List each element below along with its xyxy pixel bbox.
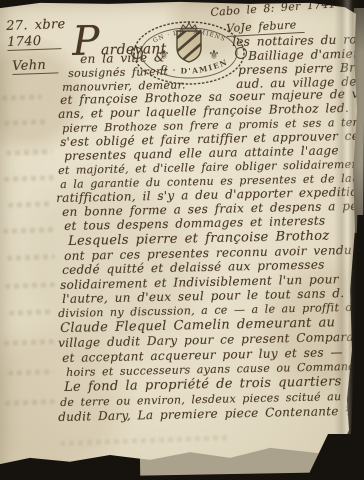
handwritten-line: en la ville & [80, 51, 165, 66]
control-note-line: Cabo le 8: 9er 1741 [210, 0, 336, 19]
margin-note-line: 1740 [7, 34, 61, 51]
margin-note-line: Vehn [12, 58, 58, 75]
scanned-manuscript-page: ⚜ ⚜ GN · DE · AMIENS G · D'AMIENS 27. xb… [0, 0, 364, 480]
document-page: ⚜ ⚜ GN · DE · AMIENS G · D'AMIENS 27. xb… [0, 0, 364, 480]
handwritten-line: sousignés furent [68, 65, 168, 80]
margin-note-line: 27. xbre [6, 18, 66, 33]
